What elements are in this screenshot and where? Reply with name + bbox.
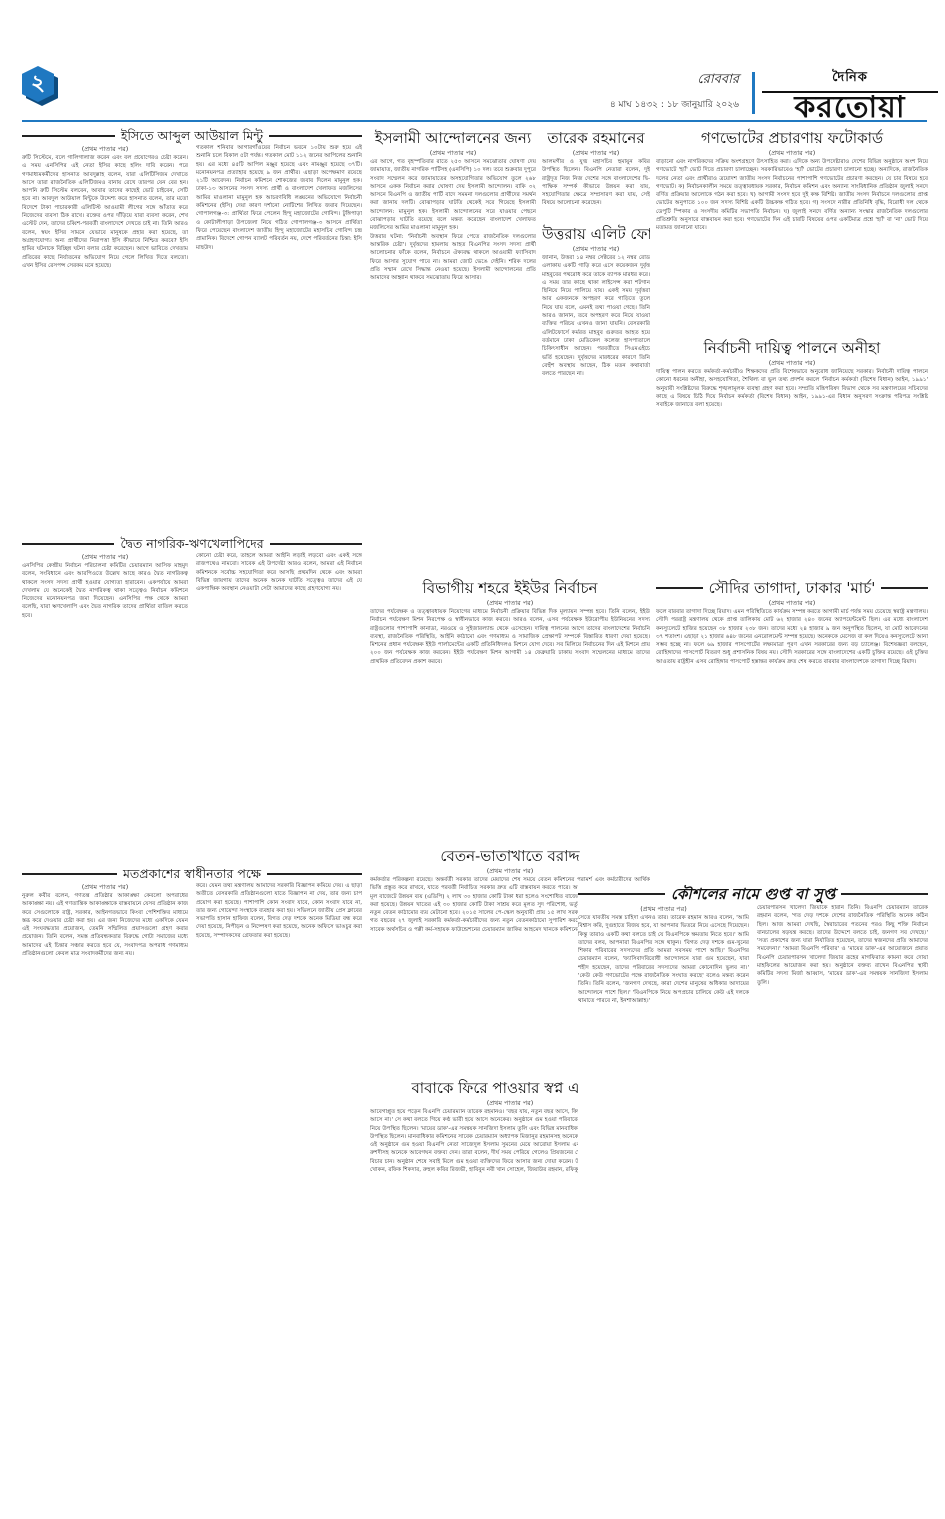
article-body: এর আগে, গত বৃহস্পতিবার রাতে ২৫৩ আসনে সমঝ… (370, 158, 536, 233)
article-body: উত্তরার ঘটনা: 'নির্বাচনী অবস্থান ফিরে পে… (370, 233, 536, 283)
continuation-label: (প্রথম পাতার পর) (370, 148, 536, 158)
article-body: চেয়ারপারসন খালেদা জিয়াকে হারান তিনি। ব… (757, 904, 928, 987)
masthead-title: করতোয়া (762, 91, 938, 123)
article-body: আলমগীর ও যুগ্ম মহাসচিব হুমায়ুন কবির উপস… (542, 158, 650, 208)
continuation-label: (প্রথম পাতার পর) (656, 358, 928, 368)
continuation-label: (প্রথম পাতার পর) (542, 244, 650, 254)
article-referendum-photocard: গণভোটের প্রচারণায় ফটোকার্ড (প্রথম পাতার… (656, 128, 928, 333)
continuation-label: (প্রথম পাতার পর) (542, 148, 650, 158)
article-enforced-disappearance: কৌশলের নামে গুপ্ত বা সুপ্ত (প্রথম পাতার … (578, 884, 928, 1466)
article-headline: সৌদির তাগাদা, ঢাকার 'মার্চ' (656, 578, 928, 598)
article-body: দায়িত্ব পালন করতে কর্মকর্তা-কর্মচারীও শ… (656, 368, 928, 409)
article-body: এনসিপির কেন্দ্রীয় নির্বাচন পরিচালনা কমি… (22, 562, 188, 620)
article-body: কোনো চেষ্টা করে, তাহলে আমরা আইনি লড়াই ল… (196, 552, 362, 593)
continuation-label: (প্রথম পাতার পর) (656, 598, 928, 608)
article-headline: কৌশলের নামে গুপ্ত বা সুপ্ত (578, 884, 928, 904)
article-islamic-movement: ইসলামী আন্দোলনের জন্য (প্রথম পাতার পর) এ… (370, 128, 536, 573)
article-eu-observers: বিভাগীয় শহরে ইইউর নির্বাচন (প্রথম পাতার… (370, 578, 650, 840)
article-body: সেতে যাবতীয় সমস্ত চাহিদা এখনও তার। তারে… (578, 914, 749, 1005)
article-body: ফলে বারবার তাগাদা দিচ্ছে রিয়াদ। এমন পরি… (656, 608, 928, 666)
date-label: ৪ মাঘ ১৪৩২ : ১৮ জানুয়ারি ২০২৬ (610, 97, 739, 112)
article-election-duty: নির্বাচনী দায়িত্ব পালনে অনীহা (প্রথম পা… (656, 338, 928, 573)
article-ec-mintu: ইসিতে আব্দুল আউয়াল মিন্টু (প্রথম পাতার … (22, 128, 362, 528)
continuation-label: (প্রথম পাতার পর) (22, 144, 188, 154)
masthead-divider (752, 72, 755, 114)
article-headline: ইসিতে আব্দুল আউয়াল মিন্টু (22, 128, 362, 144)
article-dual-citizen: দ্বৈত নাগরিক-ঋণখেলাপিদের (প্রথম পাতার পর… (22, 536, 362, 858)
continuation-label: (প্রথম পাতার পর) (22, 552, 188, 562)
article-body: করে। যেমন তথ্য মন্ত্রণালয় আমাদের সরকারি… (196, 882, 362, 940)
article-free-speech: মতপ্রকাশের স্বাধীনতার পক্ষে (প্রথম পাতার… (22, 866, 362, 1466)
article-body: গতকাল শনিবার আগারগাঁওয়ের নির্বাচন ভবনে … (196, 144, 362, 252)
article-body: জানান, উত্তরা ১৪ নম্বর সেক্টরের ১২ নম্বর… (542, 254, 650, 378)
masthead: দৈনিক করতোয়া (762, 68, 938, 123)
article-headline: নির্বাচনী দায়িত্ব পালনে অনীহা (656, 338, 928, 358)
article-tarique: তারেক রহমানের (প্রথম পাতার পর) আলমগীর ও … (542, 128, 650, 218)
article-headline: দ্বৈত নাগরিক-ঋণখেলাপিদের (22, 536, 362, 552)
continuation-label: (প্রথম পাতার পর) (656, 148, 928, 158)
continuation-label: (প্রথম পাতার পর) (22, 882, 188, 892)
article-uttara-elite: উত্তরায় এলিট ফোর্স (প্রথম পাতার পর) জান… (542, 224, 650, 569)
article-body: তাদের পর্যবেক্ষক ও তত্ত্বাবধায়ক নিয়োগে… (370, 608, 650, 666)
article-headline: ইসলামী আন্দোলনের জন্য (370, 128, 536, 148)
header-rule (22, 120, 927, 122)
masthead-small: দৈনিক (762, 68, 938, 89)
article-headline: গণভোটের প্রচারণায় ফটোকার্ড (656, 128, 928, 148)
article-body: রুটি সিস্টেমে, বলে গালিগালাজ করেন এবং বল… (22, 154, 188, 270)
article-body: নুরুল কবীর বলেন, গণতন্ত্র প্রতিষ্ঠার আকা… (22, 892, 188, 958)
continuation-label: (প্রথম পাতার পর) (370, 866, 650, 876)
article-headline: বিভাগীয় শহরে ইইউর নির্বাচন (370, 578, 650, 598)
continuation-label: (প্রথম পাতার পর) (578, 904, 749, 914)
article-headline: উত্তরায় এলিট ফোর্স (542, 224, 650, 244)
day-label: রোববার (610, 70, 739, 91)
continuation-label: (প্রথম পাতার পর) (370, 598, 650, 608)
dateline: রোববার ৪ মাঘ ১৪৩২ : ১৮ জানুয়ারি ২০২৬ (610, 70, 739, 112)
article-body: বাড়ানো এবং নাগরিকদের সক্রিয় অংশগ্রহণে … (656, 158, 928, 233)
article-headline: মতপ্রকাশের স্বাধীনতার পক্ষে (22, 866, 362, 882)
article-headline: বেতন-ভাতাখাতে বরাদ্দ (370, 846, 650, 866)
article-saudi-pressure: সৌদির তাগাদা, ঢাকার 'মার্চ' (প্রথম পাতার… (656, 578, 928, 878)
article-headline: তারেক রহমানের (542, 128, 650, 148)
